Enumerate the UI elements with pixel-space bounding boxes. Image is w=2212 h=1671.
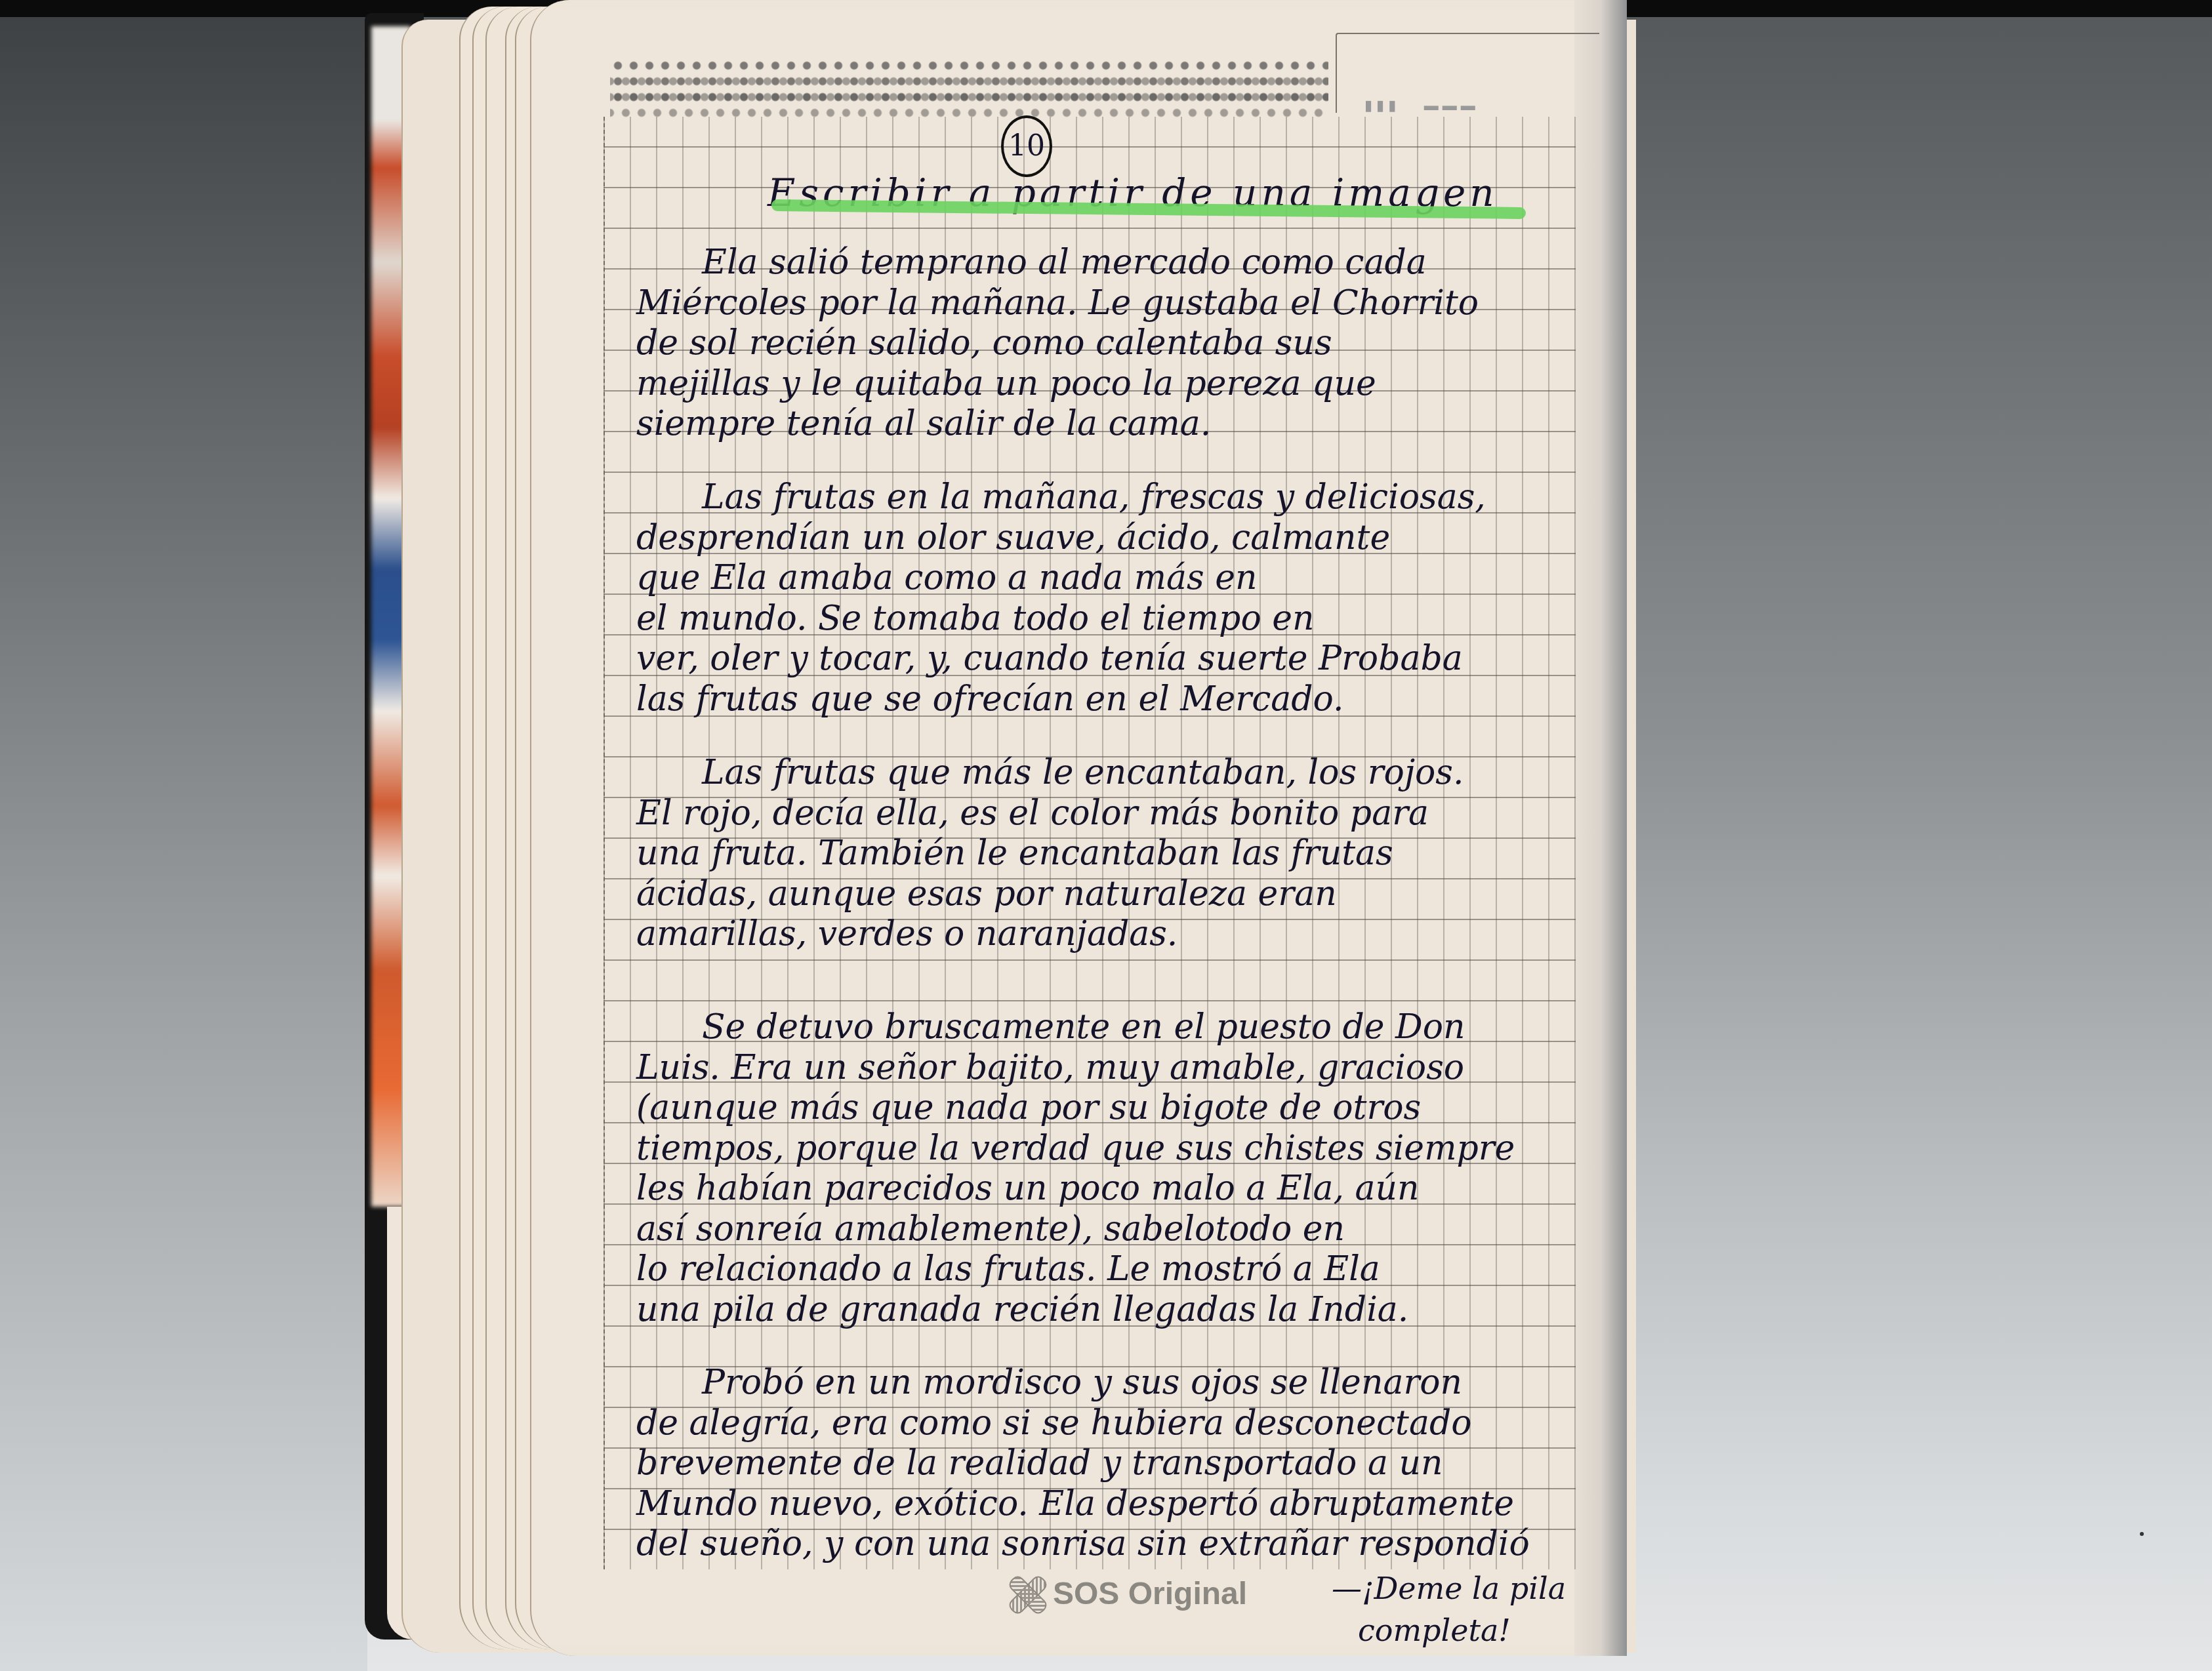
text-line: Miércoles por la mañana. Le gustaba el C… [636, 283, 1568, 324]
text-line: una pila de granada recién llegadas la I… [636, 1290, 1568, 1331]
header-tab-dots: ▮▮▮ ▬▬▬ [1364, 97, 1479, 114]
text-line: el mundo. Se tomaba todo el tiempo en [636, 599, 1568, 639]
text-line: una fruta. También le encantaban las fru… [636, 834, 1568, 874]
paragraph-1: Ela salió temprano al mercado como cada … [636, 243, 1568, 445]
text-line: siempre tenía al salir de la cama. [636, 404, 1568, 445]
closing-dialogue: —¡Deme la pila completa! [1332, 1567, 1566, 1651]
text-line: Luis. Era un señor bajito, muy amable, g… [636, 1048, 1568, 1089]
text-line: Ela salió temprano al mercado como cada [636, 243, 1568, 283]
text-line: mejillas y le quitaba un poco la pereza … [636, 364, 1568, 405]
page-curl-edge [1574, 0, 1627, 1656]
text-line: de alegría, era como si se hubiera desco… [636, 1403, 1568, 1444]
text-line: brevemente de la realidad y transportado… [636, 1443, 1568, 1484]
text-line: les habían parecidos un poco malo a Ela,… [636, 1169, 1568, 1209]
text-line: El rojo, decía ella, es el color más bon… [636, 794, 1568, 834]
text-line: las frutas que se ofrecían en el Mercado… [636, 679, 1568, 720]
dust-speck [2140, 1532, 2144, 1536]
diamond-pattern-header [610, 89, 1328, 105]
bandage-cross-icon [1007, 1574, 1046, 1613]
text-line: del sueño, y con una sonrisa sin extraña… [636, 1524, 1568, 1565]
paragraph-3: Las frutas que más le encantaban, los ro… [636, 753, 1568, 955]
text-line: Las frutas que más le encantaban, los ro… [636, 753, 1568, 794]
text-line: Las frutas en la mañana, frescas y delic… [636, 477, 1568, 518]
page-number-circled: 10 [1001, 115, 1052, 177]
text-line: ver, oler y tocar, y, cuando tenía suert… [636, 639, 1568, 679]
text-line: Probó en un mordisco y sus ojos se llena… [636, 1363, 1568, 1403]
text-line: amarillas, verdes o naranjadas. [636, 914, 1568, 955]
text-line: así sonreía amablemente), sabelotodo en [636, 1209, 1568, 1250]
text-line: tiempos, porque la verdad que sus chiste… [636, 1129, 1568, 1169]
text-line: desprendían un olor suave, ácido, calman… [636, 518, 1568, 559]
text-line: Mundo nuevo, exótico. Ela despertó abrup… [636, 1484, 1568, 1525]
text-line: ácidas, aunque esas por naturaleza eran [636, 874, 1568, 915]
text-line: —¡Deme la pila [1332, 1567, 1566, 1609]
text-line: Se detuvo bruscamente en el puesto de Do… [636, 1007, 1568, 1048]
brand-logo: SOS Original [1007, 1574, 1247, 1613]
text-line: lo relacionado a las frutas. Le mostró a… [636, 1249, 1568, 1290]
text-line: de sol recién salido, como calentaba sus [636, 323, 1568, 364]
text-line: que Ela amaba como a nada más en [636, 558, 1568, 599]
paragraph-4: Se detuvo bruscamente en el puesto de Do… [636, 1007, 1568, 1330]
text-line: (aunque más que nada por su bigote de ot… [636, 1088, 1568, 1129]
brand-logo-text: SOS Original [1053, 1576, 1247, 1612]
scan-background [0, 17, 367, 1671]
paragraph-2: Las frutas en la mañana, frescas y delic… [636, 477, 1568, 719]
paragraph-5: Probó en un mordisco y sus ojos se llena… [636, 1363, 1568, 1565]
text-line: completa! [1332, 1609, 1566, 1651]
